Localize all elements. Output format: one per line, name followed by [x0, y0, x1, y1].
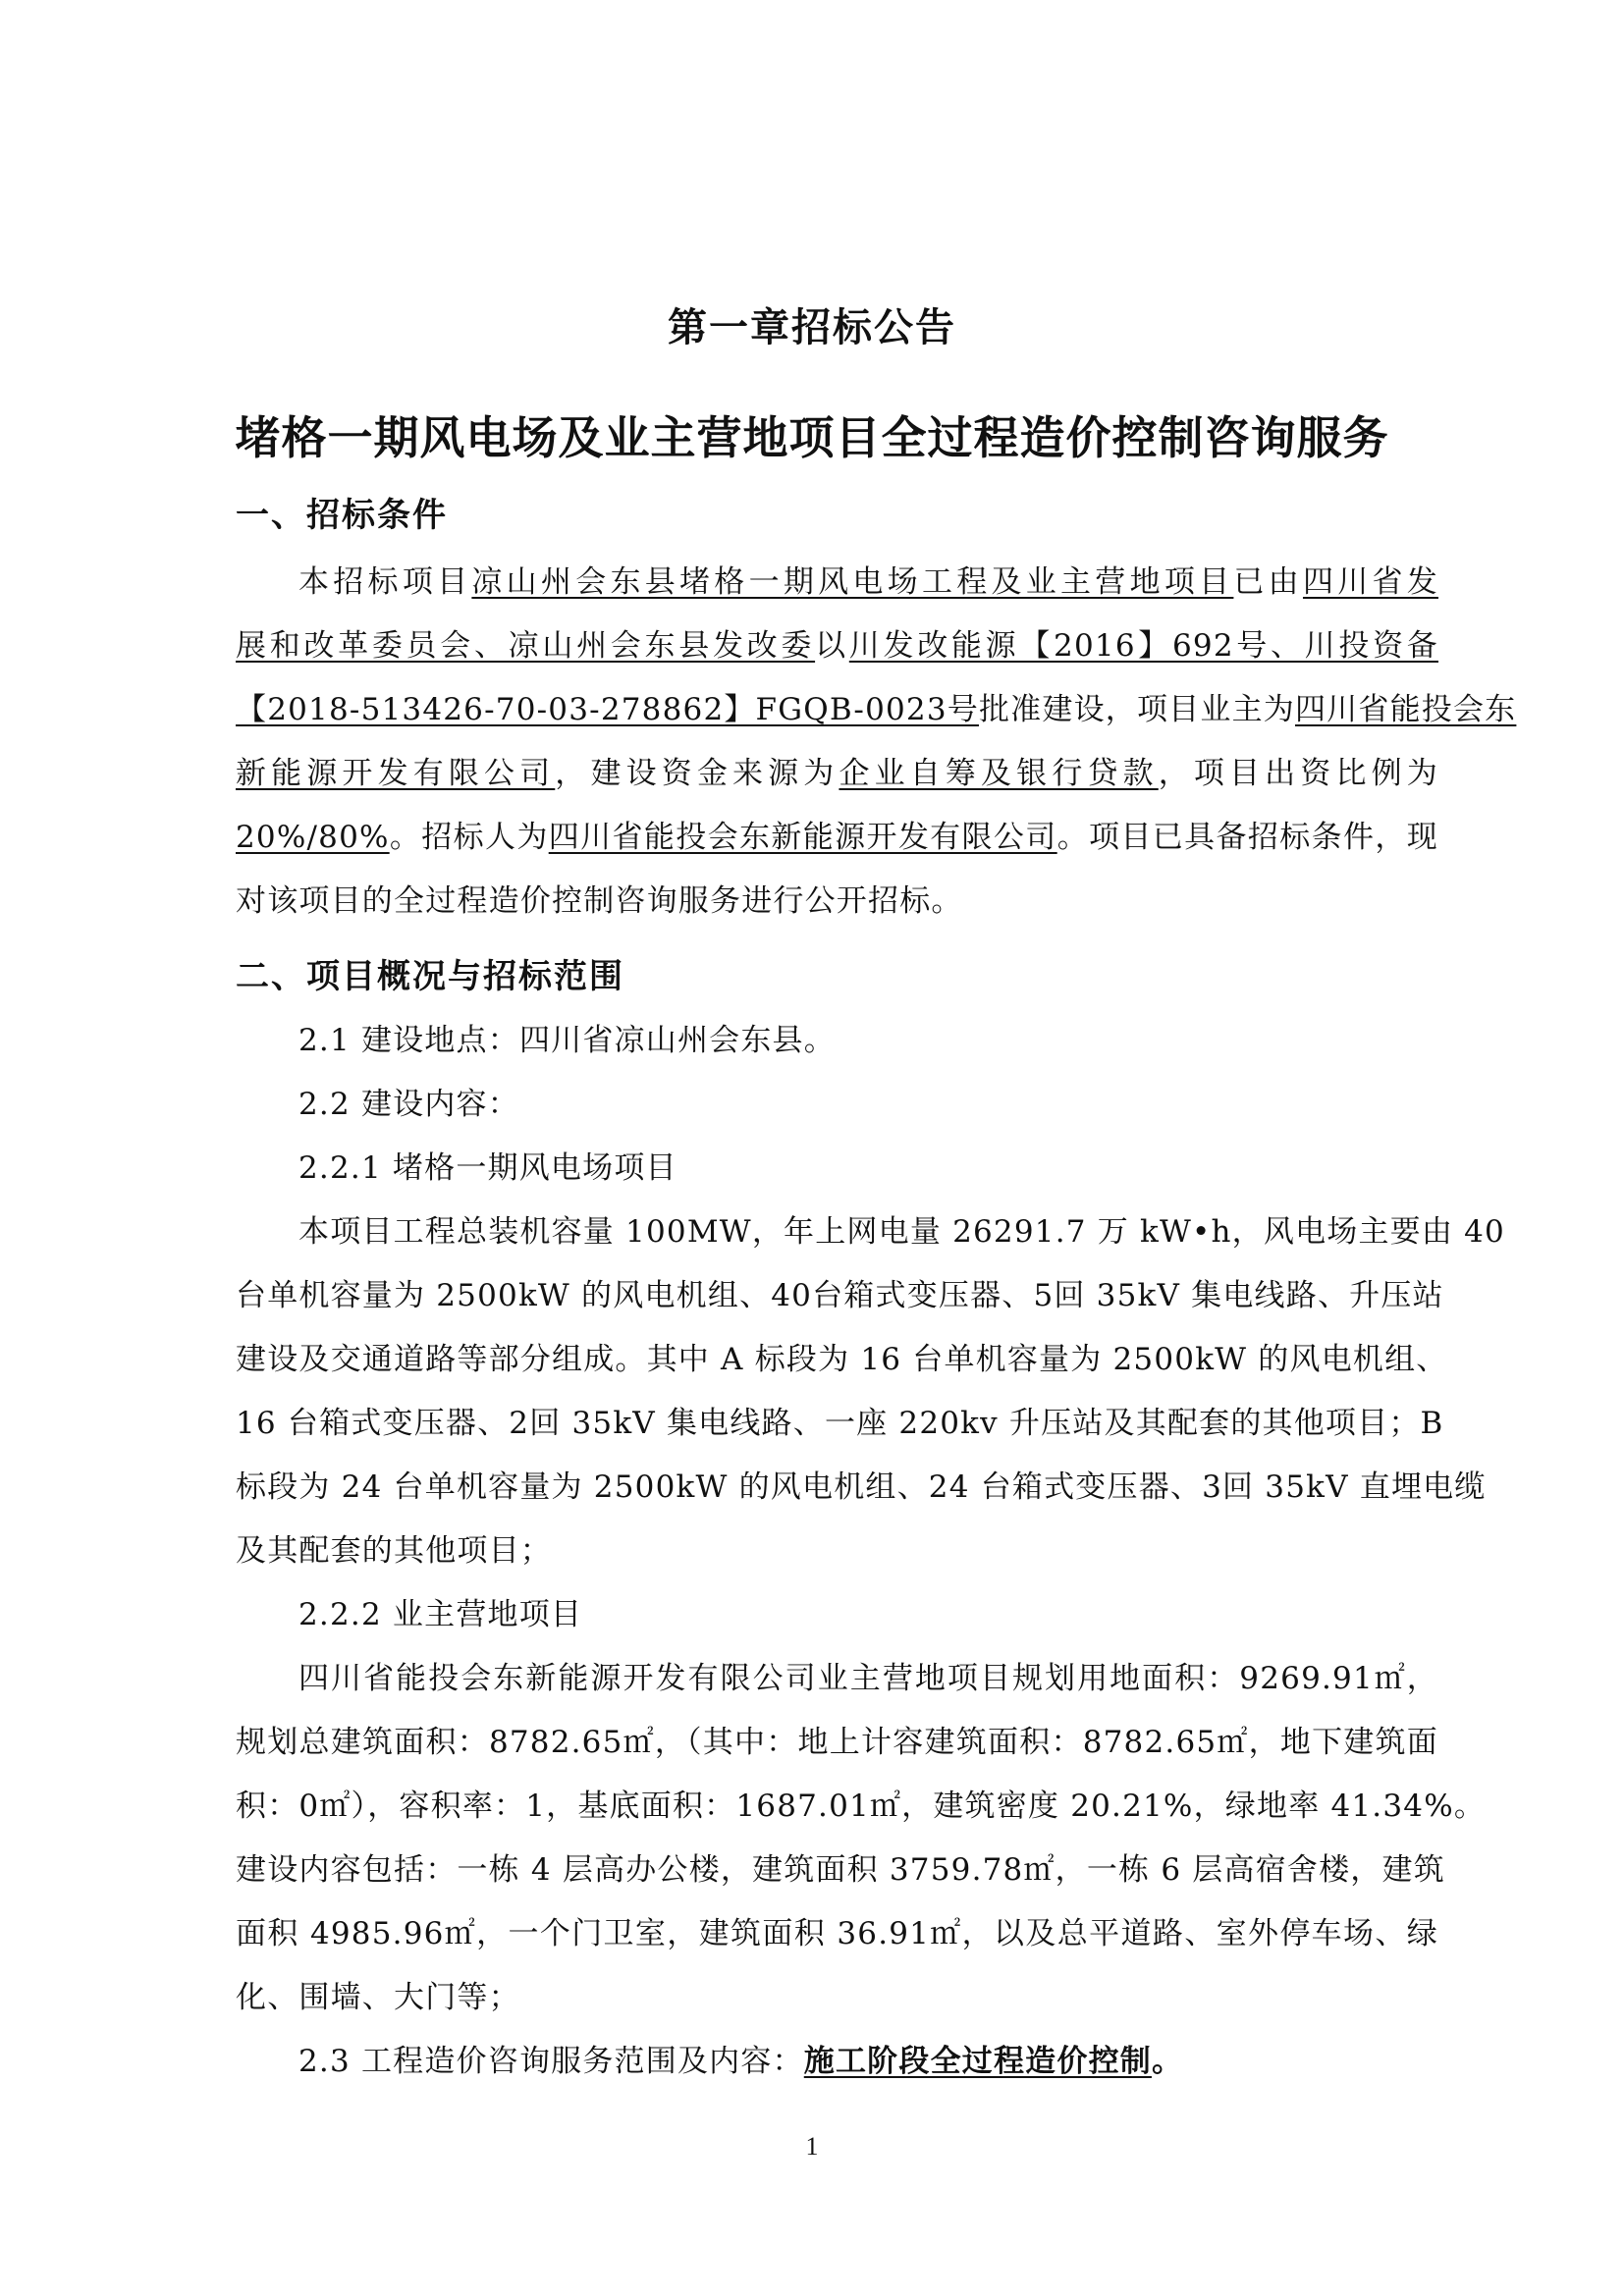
- bid-conditions-line: 【2018-513426-70-03-278862】FGQB-0023号批准建设…: [236, 690, 1438, 729]
- text-segment: 。招标人为: [390, 820, 549, 855]
- bid-conditions-line: 新能源开发有限公司，建设资金来源为企业自筹及银行贷款，项目出资比例为: [236, 754, 1438, 793]
- camp-line: 积：0㎡），容积率：1，基底面积：1687.01㎡，建筑密度 20.21%，绿地…: [236, 1787, 1438, 1826]
- underlined-term: 川发改能源【2016】692号、川投资备: [849, 628, 1438, 664]
- page-number: 1: [0, 2132, 1624, 2162]
- document-page: 第一章招标公告 堵格一期风电场及业主营地项目全过程造价控制咨询服务 一、招标条件…: [0, 0, 1624, 2296]
- text-segment: ，建设资金来源为: [555, 756, 839, 791]
- camp-line: 建设内容包括：一栋 4 层高办公楼，建筑面积 3759.78㎡，一栋 6 层高宿…: [236, 1850, 1438, 1890]
- scope-label: 2.3 工程造价咨询服务范围及内容：: [298, 2044, 804, 2079]
- item-2-2-2-heading: 2.2.2 业主营地项目: [298, 1595, 1438, 1634]
- text-segment: 已由: [1233, 564, 1303, 600]
- text-segment: ，项目出资比例为: [1159, 756, 1438, 791]
- wind-farm-line: 本项目工程总装机容量 100MW，年上网电量 26291.7 万 kW•h，风电…: [298, 1212, 1438, 1252]
- camp-line: 四川省能投会东新能源开发有限公司业主营地项目规划用地面积：9269.91㎡，: [298, 1659, 1438, 1698]
- section-heading-project-overview: 二、项目概况与招标范围: [236, 955, 624, 998]
- item-2-2-content: 2.2 建设内容：: [298, 1085, 1438, 1124]
- camp-line: 面积 4985.96㎡，一个门卫室，建筑面积 36.91㎡，以及总平道路、室外停…: [236, 1914, 1438, 1953]
- camp-line: 规划总建筑面积：8782.65㎡，（其中：地上计容建筑面积：8782.65㎡，地…: [236, 1723, 1438, 1762]
- bid-conditions-line: 对该项目的全过程造价控制咨询服务进行公开招标。: [236, 881, 1438, 921]
- wind-farm-line: 16 台箱式变压器、2回 35kV 集电线路、一座 220kv 升压站及其配套的…: [236, 1404, 1438, 1443]
- bid-conditions-line: 展和改革委员会、凉山州会东县发改委以川发改能源【2016】692号、川投资备: [236, 626, 1438, 666]
- scope-value: 施工阶段全过程造价控制: [804, 2044, 1152, 2079]
- chapter-title: 第一章招标公告: [0, 296, 1624, 352]
- text-segment: 对该项目的全过程造价控制咨询服务进行公开招标。: [236, 883, 963, 919]
- underlined-term: 四川省能投会东: [1295, 692, 1516, 727]
- underlined-term: 展和改革委员会、凉山州会东县发改委: [236, 628, 815, 664]
- underlined-term: 20%/80%: [236, 820, 390, 855]
- text-segment: 以: [815, 628, 849, 664]
- text-segment: 。项目已具备招标条件，现: [1057, 820, 1438, 855]
- scope-end: 。: [1152, 2044, 1183, 2079]
- underlined-term: 企业自筹及银行贷款: [839, 756, 1158, 791]
- wind-farm-line: 标段为 24 台单机容量为 2500kW 的风电机组、24 台箱式变压器、3回 …: [236, 1468, 1438, 1507]
- section-heading-bid-conditions: 一、招标条件: [236, 494, 448, 537]
- underlined-term: 四川省发: [1303, 564, 1438, 600]
- item-2-1-location: 2.1 建设地点：四川省凉山州会东县。: [298, 1021, 1438, 1060]
- bid-conditions-line: 本招标项目凉山州会东县堵格一期风电场工程及业主营地项目已由四川省发: [298, 562, 1438, 602]
- text-segment: 批准建设，项目业主为: [979, 692, 1295, 727]
- underlined-term: 新能源开发有限公司: [236, 756, 555, 791]
- text-segment: 本招标项目: [298, 564, 471, 600]
- item-2-2-1-heading: 2.2.1 堵格一期风电场项目: [298, 1148, 1438, 1188]
- underlined-term: 凉山州会东县堵格一期风电场工程及业主营地项目: [471, 564, 1233, 600]
- wind-farm-line: 台单机容量为 2500kW 的风电机组、40台箱式变压器、5回 35kV 集电线…: [236, 1276, 1438, 1315]
- project-title: 堵格一期风电场及业主营地项目全过程造价控制咨询服务: [0, 402, 1624, 467]
- wind-farm-line: 建设及交通道路等部分组成。其中 A 标段为 16 台单机容量为 2500kW 的…: [236, 1340, 1438, 1379]
- bid-conditions-line: 20%/80%。招标人为四川省能投会东新能源开发有限公司。项目已具备招标条件，现: [236, 818, 1438, 857]
- underlined-term: 【2018-513426-70-03-278862】FGQB-0023号: [236, 692, 979, 727]
- item-2-3-scope: 2.3 工程造价咨询服务范围及内容：施工阶段全过程造价控制。: [298, 2042, 1438, 2081]
- underlined-term: 四川省能投会东新能源开发有限公司: [549, 820, 1057, 855]
- wind-farm-line: 及其配套的其他项目；: [236, 1531, 1438, 1571]
- camp-line: 化、围墙、大门等；: [236, 1978, 1438, 2017]
